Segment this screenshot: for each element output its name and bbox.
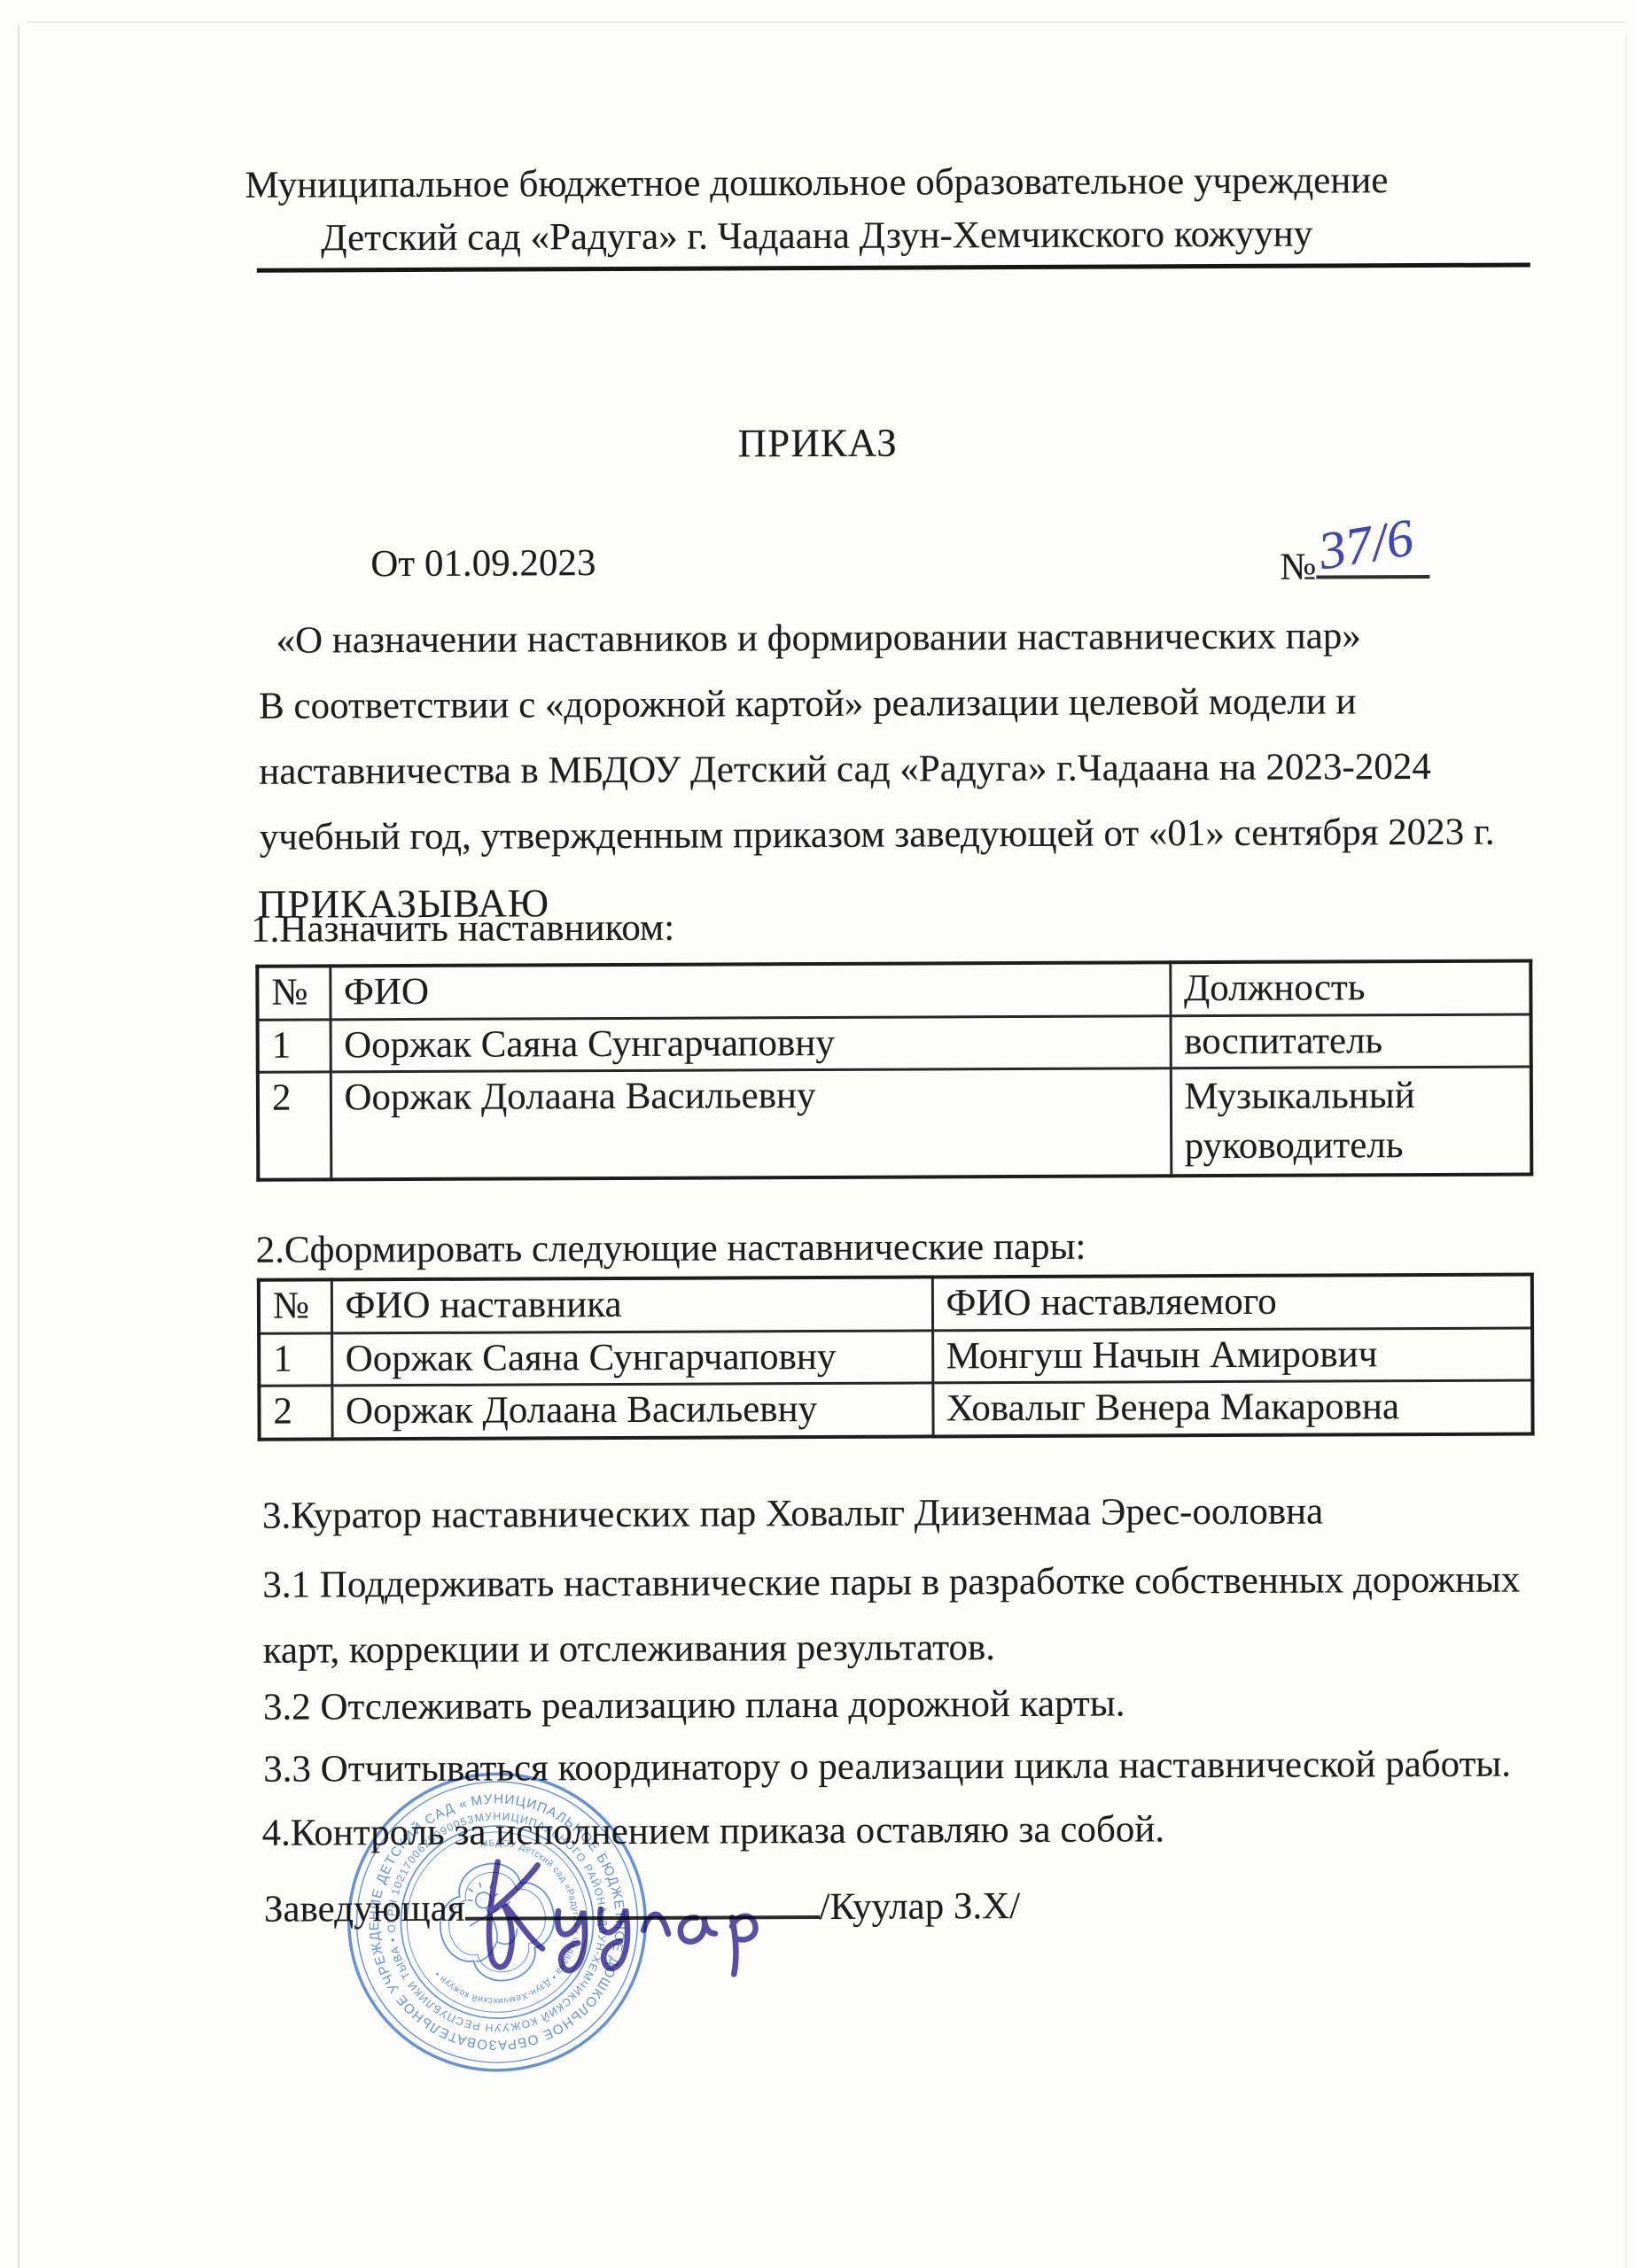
stamp-figure	[459, 1876, 522, 1961]
col-header-fio: ФИО	[330, 962, 1170, 1019]
cell-mentor: Ооржак Долаана Васильевну	[331, 1383, 932, 1439]
preamble-line2: наставничества в МБДОУ Детский сад «Раду…	[259, 742, 1553, 796]
cell-fio: Ооржак Долаана Васильевну	[331, 1068, 1172, 1179]
scanned-order-page: { "document": { "org_line1": "Муниципаль…	[0, 0, 1635, 2268]
stamp-ring-middle-text: МУНИЦИПАЛЬНОГО РАЙОНА ДЗУН-ХЕМЧИКСКИЙ КО…	[364, 1789, 631, 2055]
table-header-row: № ФИО наставника ФИО наставляемого	[259, 1274, 1532, 1333]
stamp-ring-inner-text: МБДОУ Детский сад «Радуга» г.Чадаана • Д…	[407, 1823, 596, 2020]
cell-fio: Ооржак Саяна Сунгарчаповну	[331, 1015, 1171, 1072]
item3-text: 3.Куратор наставнических пар Ховалыг Дии…	[262, 1488, 1323, 1541]
col-header-post: Должность	[1170, 960, 1530, 1015]
item3-1-line1: 3.1 Поддерживать наставнические пары в р…	[262, 1556, 1565, 1609]
item2-title: 2.Сформировать следующие наставнические …	[256, 1223, 1086, 1275]
table-header-row: № ФИО Должность	[257, 960, 1530, 1020]
col-header-num: №	[257, 966, 330, 1020]
table-row: 1 Ооржак Саяна Сунгарчаповну Монгуш Начы…	[259, 1328, 1532, 1386]
cell-mentor: Ооржак Саяна Сунгарчаповну	[331, 1331, 932, 1386]
item3-1-line2: карт, коррекции и отслеживания результат…	[263, 1621, 1566, 1674]
cell-mentee: Монгуш Начын Амирович	[932, 1328, 1532, 1384]
document-title: ПРИКАЗ	[180, 416, 1456, 471]
cell-post: Музыкальный руководитель	[1171, 1067, 1532, 1176]
col-header-mentor: ФИО наставника	[331, 1277, 932, 1332]
number-sign: №	[1280, 547, 1316, 588]
header-divider-rule	[257, 262, 1530, 272]
svg-text:МУНИЦИПАЛЬНОГО РАЙОНА ДЗУН-ХЕМ: МУНИЦИПАЛЬНОГО РАЙОНА ДЗУН-ХЕМЧИКСКИЙ КО…	[364, 1789, 631, 2055]
order-date: От 01.09.2023	[370, 540, 596, 588]
org-name-line1: Муниципальное бюджетное дошкольное образ…	[178, 157, 1454, 210]
cell-mentee: Ховалыг Венера Макаровна	[932, 1380, 1532, 1436]
table-row: 2 Ооржак Долаана Васильевну Ховалыг Вене…	[259, 1380, 1532, 1440]
pairs-table: № ФИО наставника ФИО наставляемого 1 Оор…	[257, 1272, 1535, 1441]
official-stamp-seal: МУНИЦИПАЛЬНОЕ БЮДЖЕТНОЕ ДОШКОЛЬНОЕ ОБРАЗ…	[340, 1766, 654, 2079]
order-number-block: № 37/6	[1280, 532, 1429, 591]
order-subject: «О назначении наставников и формировании…	[181, 612, 1457, 665]
mentors-table: № ФИО Должность 1 Ооржак Саяна Сунгарчап…	[255, 959, 1533, 1182]
svg-text:МБДОУ Детский сад «Радуга» г.Ч: МБДОУ Детский сад «Радуга» г.Чадаана • Д…	[407, 1823, 596, 2020]
org-name-line2: Детский сад «Радуга» г. Чадаана Дзун-Хем…	[179, 210, 1455, 263]
cell-post: воспитатель	[1171, 1014, 1531, 1069]
preamble-line3: учебный год, утвержденным приказом завед…	[260, 808, 1553, 861]
cell-num: 2	[258, 1072, 331, 1180]
cell-num: 1	[258, 1020, 331, 1073]
table-row: 1 Ооржак Саяна Сунгарчаповну воспитатель	[258, 1014, 1531, 1073]
paper-sheet: Муниципальное бюджетное дошкольное образ…	[0, 0, 1635, 2268]
col-header-num: №	[259, 1279, 331, 1333]
order-document: Муниципальное бюджетное дошкольное образ…	[0, 0, 1635, 2268]
preamble-line1: В соответствии с «дорожной картой» реали…	[259, 677, 1553, 730]
cell-num: 1	[259, 1333, 331, 1386]
item3-2-text: 3.2 Отслеживать реализацию плана дорожно…	[263, 1680, 1125, 1731]
cell-num: 2	[259, 1386, 331, 1440]
table-row: 2 Ооржак Долаана Васильевну Музыкальный …	[258, 1067, 1532, 1180]
item1-title: 1.Назначить наставником:	[251, 905, 674, 954]
col-header-mentee: ФИО наставляемого	[932, 1274, 1532, 1330]
stamp-quatrefoil-inner	[439, 1863, 555, 1982]
